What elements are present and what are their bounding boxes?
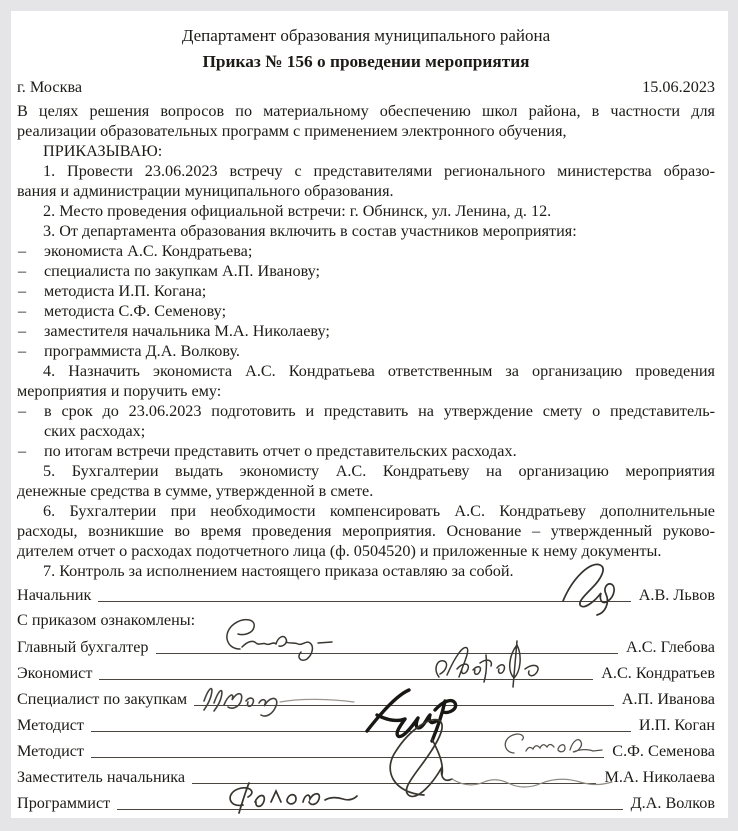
- signature-row: Методист И.П. Коган: [17, 711, 715, 737]
- body-line: –заместителя начальника М.А. Николаеву;: [17, 321, 715, 341]
- body-line: вания и администрации муниципального обр…: [17, 181, 715, 201]
- signature-row: Экономист А.С. Кондратьев: [17, 659, 715, 685]
- list-dash: –: [18, 241, 26, 261]
- list-dash: –: [18, 281, 26, 301]
- body-line: ских расходах;: [17, 421, 715, 441]
- body-line: –по итогам встречи представить отчет о п…: [17, 441, 715, 461]
- signature-block: Начальник А.В. Львов С приказом ознакомл…: [17, 581, 715, 815]
- body-line: 3. От департамента образования включить …: [17, 221, 715, 241]
- body-line: –специалиста по закупкам А.П. Иванову;: [17, 261, 715, 281]
- signature-line: [194, 705, 614, 706]
- signature-line: [91, 731, 631, 732]
- body-line: 2. Место проведения официальной встречи:…: [17, 201, 715, 221]
- body-line: ПРИКАЗЫВАЮ:: [17, 141, 715, 161]
- signature-line: [192, 783, 596, 784]
- signatory-name: И.П. Коган: [639, 713, 715, 737]
- signature-line: [117, 809, 622, 810]
- list-dash: –: [18, 441, 26, 461]
- body-line: –экономиста А.С. Кондратьева;: [17, 241, 715, 261]
- body-line: реализации образовательных программ с пр…: [17, 121, 715, 141]
- signature-line: [156, 653, 619, 654]
- document-page: Департамент образования муниципального р…: [11, 11, 728, 818]
- body-line: 6. Бухгалтерии при необходимости компенс…: [17, 501, 715, 521]
- signatory-name: А.П. Иванова: [622, 687, 715, 711]
- signatory-name: С.Ф. Семенова: [612, 739, 715, 763]
- signature-row: Главный бухгалтер А.С. Глебова: [17, 633, 715, 659]
- signature-line: [91, 757, 604, 758]
- body-line: –методиста И.П. Когана;: [17, 281, 715, 301]
- signature-row: Специалист по закупкам А.П. Иванова: [17, 685, 715, 711]
- signature-row: Заместитель начальника М.А. Николаева: [17, 763, 715, 789]
- document-city: г. Москва: [17, 75, 82, 99]
- organization-title: Департамент образования муниципального р…: [17, 23, 715, 49]
- list-dash: –: [18, 321, 26, 341]
- body-lines: В целях решения вопросов по материальном…: [17, 101, 715, 581]
- body-line: 4. Назначить экономиста А.С. Кондратьева…: [17, 361, 715, 381]
- signature-row: Программист Д.А. Волков: [17, 789, 715, 815]
- signature-role-label: Методист: [17, 739, 84, 763]
- ack-rows: Главный бухгалтер А.С. Глебова Экономист…: [17, 633, 715, 815]
- signature-role-label: Главный бухгалтер: [17, 635, 149, 659]
- screenshot-root: { "header": { "org_title": "Департамент …: [0, 0, 738, 831]
- body-line: дителем отчет о расходах подотчетного ли…: [17, 541, 715, 561]
- signature-line: [98, 601, 630, 602]
- signature-role-label: Методист: [17, 713, 84, 737]
- list-dash: –: [18, 401, 26, 421]
- list-dash: –: [18, 261, 26, 281]
- body-line: 7. Контроль за исполнением настоящего пр…: [17, 561, 715, 581]
- head-signature: Начальник А.В. Львов: [17, 581, 715, 607]
- signature-role-label: Заместитель начальника: [17, 765, 185, 789]
- signature-role-label: Специалист по закупкам: [17, 687, 187, 711]
- signature-row: Методист С.Ф. Семенова: [17, 737, 715, 763]
- signature-role-label: Начальник: [17, 583, 91, 607]
- list-dash: –: [18, 301, 26, 321]
- signature-role-label: Экономист: [17, 661, 92, 685]
- body-line: 1. Провести 23.06.2023 встречу с предста…: [17, 161, 715, 181]
- document-title: Приказ № 156 о проведении мероприятия: [17, 49, 715, 75]
- body-line: –программиста Д.А. Волкову.: [17, 341, 715, 361]
- signatory-name: А.С. Глебова: [626, 635, 715, 659]
- document-date: 15.06.2023: [642, 75, 715, 99]
- body-line: мероприятия и поручить ему:: [17, 381, 715, 401]
- body-line: –в срок до 23.06.2023 подготовить и пред…: [17, 401, 715, 421]
- signature-row: Начальник А.В. Львов: [17, 581, 715, 607]
- signature-role-label: Программист: [17, 791, 110, 815]
- signatory-name: А.С. Кондратьев: [601, 661, 715, 685]
- body-line: 5. Бухгалтерии выдать экономисту А.С. Ко…: [17, 461, 715, 481]
- body-line: расходы, возникшие во время проведения м…: [17, 521, 715, 541]
- signatory-name: А.В. Львов: [639, 583, 715, 607]
- signatory-name: Д.А. Волков: [631, 791, 715, 815]
- meta-row: г. Москва 15.06.2023: [17, 75, 715, 99]
- signatory-name: М.А. Николаева: [604, 765, 715, 789]
- body-line: В целях решения вопросов по материальном…: [17, 101, 715, 121]
- signature-line: [99, 679, 593, 680]
- list-dash: –: [18, 341, 26, 361]
- body-line: денежные средства в сумме, утвержденной …: [17, 481, 715, 501]
- acknowledgement-heading: С приказом ознакомлены:: [17, 607, 715, 633]
- body-line: –методиста С.Ф. Семенову;: [17, 301, 715, 321]
